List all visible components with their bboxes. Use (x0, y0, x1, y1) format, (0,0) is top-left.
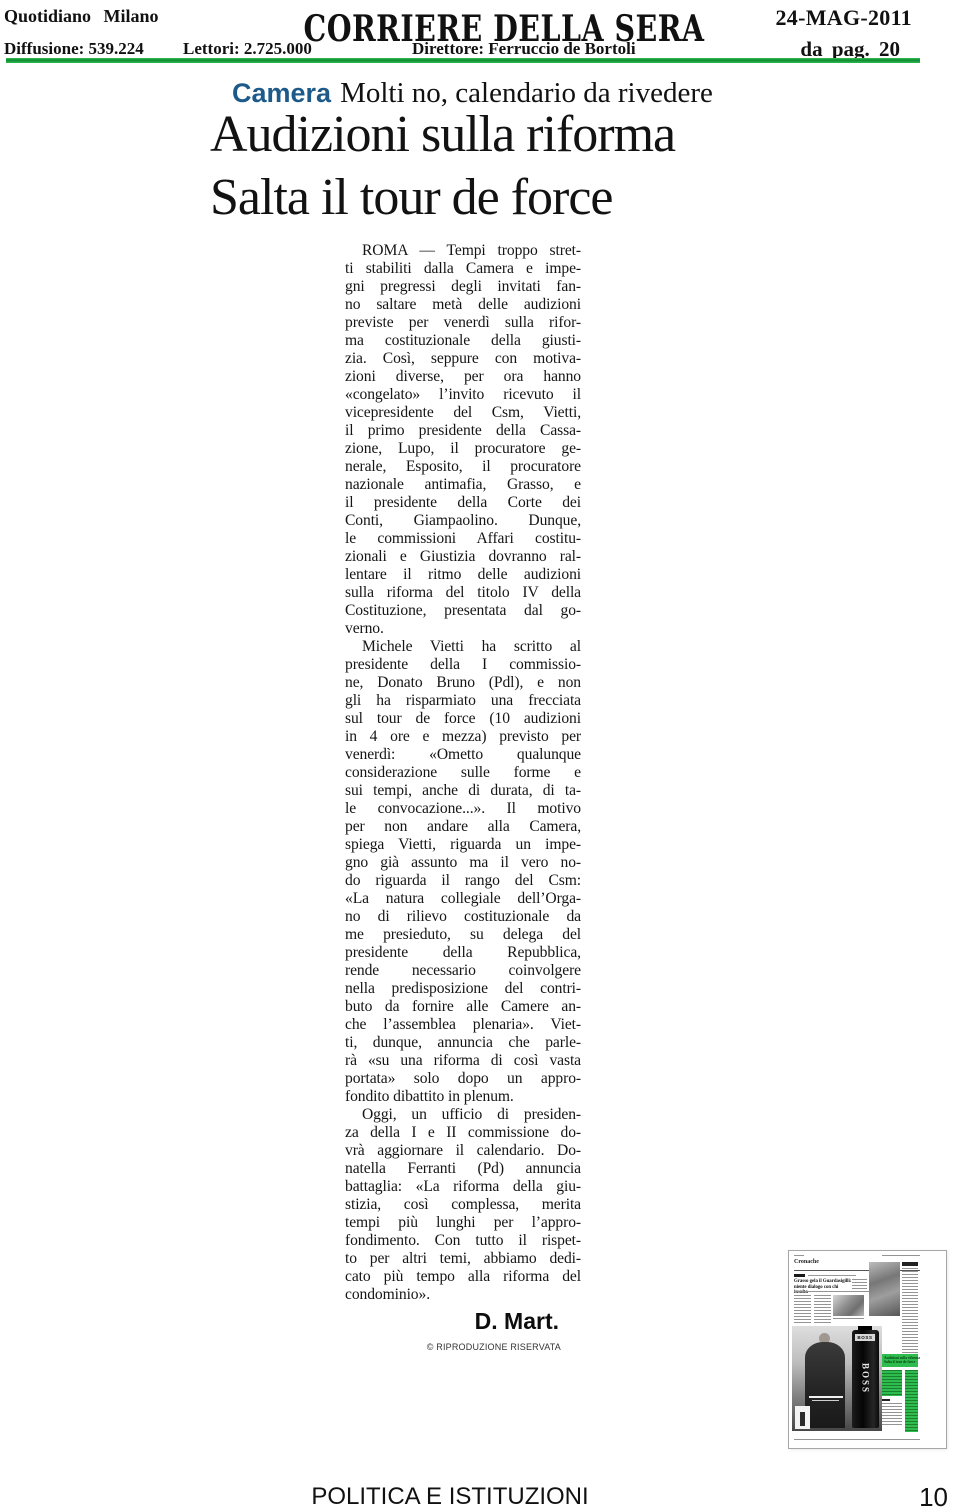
thumb-headline-line-1: Grasso gela il Guardasigilli: (794, 1279, 852, 1285)
body-line: rà «su una riforma di così vasta (345, 1052, 581, 1070)
body-line: no di rilievo costituzionale da (345, 908, 581, 926)
body-line: ti stabiliti dalla Camera e impe- (345, 260, 581, 278)
thumb-right-text-column (902, 1268, 918, 1353)
thumb-text-column (794, 1295, 811, 1324)
thumb-photo-caption (833, 1318, 864, 1321)
footer-page-number: 10 (919, 1482, 948, 1509)
body-line: portata» solo dopo un appro- (345, 1070, 581, 1088)
headline-line-2: Salta il tour de force (210, 166, 675, 229)
body-line: zia. Così, seppure con motiva- (345, 350, 581, 368)
body-line: zioni diverse, per ora hanno (345, 368, 581, 386)
body-line: vicepresidente del Csm, Vietti, (345, 404, 581, 422)
publication-type: Quotidiano (4, 6, 91, 26)
body-line: per non andare alla Camera, (345, 818, 581, 836)
body-line: previste per venerdì sulla rifor- (345, 314, 581, 332)
body-line: me presieduto, su delega del (345, 926, 581, 944)
thumb-photo-center (833, 1295, 864, 1316)
body-line: vrà aggiornare il calendario. Do- (345, 1142, 581, 1160)
body-line: to per altri temi, abbiamo dedi- (345, 1250, 581, 1268)
thumb-advertisement: BOSS BOSS (792, 1326, 882, 1431)
article-headline: Audizioni sulla riforma Salta il tour de… (210, 103, 675, 229)
body-line: spiega Vietti, riguarda un impe- (345, 836, 581, 854)
body-line: zione, Lupo, il procuratore ge- (345, 440, 581, 458)
body-line: considerazione sulle forme e (345, 764, 581, 782)
thumb-highlight-line-2: Salta il tour de force (882, 1360, 918, 1364)
thumb-text-column (814, 1295, 831, 1324)
thumb-ad-mini-bottle (795, 1406, 810, 1429)
body-line: il primo presidente della Cassa- (345, 422, 581, 440)
body-line: «La natura collegiale dell’Orga- (345, 890, 581, 908)
body-line: verno. (345, 620, 581, 638)
green-divider-rule (6, 58, 920, 63)
body-line: tempi più lunghi per l’appro- (345, 1214, 581, 1232)
body-line: rende necessario coinvolgere (345, 962, 581, 980)
body-line: «congelato» l’invito ricevuto il (345, 386, 581, 404)
body-line: lentare il ritmo delle audizioni (345, 566, 581, 584)
body-line: Conti, Giampaolino. Dunque, (345, 512, 581, 530)
thumb-highlighted-column (905, 1370, 918, 1432)
body-line: gni pregressi degli invitati fan- (345, 278, 581, 296)
body-line: nella predisposizione del contri- (345, 980, 581, 998)
body-line: ROMA — Tempi troppo stret- (345, 242, 581, 260)
body-line: nazionale antimafia, Grasso, e (345, 476, 581, 494)
thumb-section-header: Cronache (794, 1259, 819, 1265)
body-line: ma costituzionale della giusti- (345, 332, 581, 350)
lettori-stat: Lettori: 2.725.000 (183, 39, 312, 59)
body-line: che l’assemblea plenaria». Viet- (345, 1016, 581, 1034)
body-line: ti, dunque, annuncia che parle- (345, 1034, 581, 1052)
thumb-folio-left (794, 1255, 804, 1257)
body-line: ne, Donato Bruno (Pdl), e non (345, 674, 581, 692)
source-page-thumbnail[interactable]: Cronache Grasso gela il Guardasigilli: n… (788, 1250, 947, 1449)
thumb-ad-bottle: BOSS (852, 1330, 879, 1428)
body-line: sui tempi, anche di durata, di ta- (345, 782, 581, 800)
article-byline: D. Mart. (345, 1308, 581, 1335)
diffusione-stat: Diffusione: 539.224 (4, 39, 144, 59)
body-line: cato più tempo alla riforma del (345, 1268, 581, 1286)
thumb-ad-caption-line (809, 1396, 843, 1398)
thumb-ad-brand-badge: BOSS (855, 1334, 875, 1341)
body-line: fondimento. Con tutto il rispet- (345, 1232, 581, 1250)
thumb-kicker-line (808, 1275, 856, 1276)
body-line: nerale, Esposito, il procuratore (345, 458, 581, 476)
publication-city: Milano (104, 6, 159, 26)
thumb-ad-brand-vertical: BOSS (861, 1363, 871, 1394)
thumb-folio-right (882, 1255, 920, 1257)
thumb-highlighted-column (882, 1370, 902, 1396)
body-line: zionali e Giustizia dovranno ral- (345, 548, 581, 566)
body-line: buto da fornire alle Camere an- (345, 998, 581, 1016)
publication-type-city: Quotidiano Milano (4, 6, 159, 27)
headline-line-1: Audizioni sulla riforma (210, 103, 675, 166)
body-line: venerdì: «Ometto qualunque (345, 746, 581, 764)
thumb-text-column (852, 1279, 867, 1291)
thumb-kicker-chip (794, 1274, 805, 1277)
body-line: Costituzione, presentata dal go- (345, 602, 581, 620)
body-line: sulla riforma del titolo IV della (345, 584, 581, 602)
body-line: presidente della Repubblica, (345, 944, 581, 962)
body-line: natella Ferranti (Pd) annuncia (345, 1160, 581, 1178)
article-body: ROMA — Tempi troppo stret-ti stabiliti d… (345, 242, 581, 1304)
body-line: le commissioni Affari costitu- (345, 530, 581, 548)
thumb-photo-top-right (869, 1262, 900, 1316)
body-line: presidente della I commissio- (345, 656, 581, 674)
clipping-date: 24-MAG-2011 (775, 5, 912, 31)
thumb-headline: Grasso gela il Guardasigilli: niente dia… (794, 1279, 852, 1296)
body-line: gno già assunto ma il vero no- (345, 854, 581, 872)
body-line: le convocazione...». Il motivo (345, 800, 581, 818)
thumb-ad-caption-line (812, 1400, 839, 1401)
body-line: do riguarda il rango del Csm: (345, 872, 581, 890)
body-line: in 4 ore e mezza) previsto per (345, 728, 581, 746)
thumb-ad-model-suit (805, 1342, 845, 1428)
thumb-inset-text (882, 1403, 902, 1427)
body-line: za della I e II commissione do- (345, 1124, 581, 1142)
direttore-credit: Direttore: Ferruccio de Bortoli (412, 39, 636, 59)
thumb-subtitle-line (794, 1291, 870, 1293)
body-line: fondito dibattito in plenum. (345, 1088, 581, 1106)
body-line: Oggi, un ufficio di presiden- (345, 1106, 581, 1124)
body-line: stizia, così complessa, merita (345, 1196, 581, 1214)
thumb-inset-header (882, 1399, 890, 1401)
thumb-highlighted-article-title: Audizioni sulla riforma Salta il tour de… (882, 1354, 918, 1367)
body-line: gli ha risparmiato una frecciata (345, 692, 581, 710)
body-line: sul tour de force (10 audizioni (345, 710, 581, 728)
footer-section-label: POLITICA E ISTITUZIONI (250, 1483, 650, 1509)
body-line: condominio». (345, 1286, 581, 1304)
copyright-notice: © RIPRODUZIONE RISERVATA (345, 1342, 581, 1352)
thumb-right-column-header (902, 1262, 918, 1266)
body-line: battaglia: «La riforma della giu- (345, 1178, 581, 1196)
thumb-page-footer-line (794, 1439, 920, 1441)
press-clipping-page: Quotidiano Milano CORRIERE DELLA SERA 24… (0, 0, 960, 1509)
body-line: no saltare metà delle audizioni (345, 296, 581, 314)
body-line: il presidente della Corte dei (345, 494, 581, 512)
body-line: Michele Vietti ha scritto al (345, 638, 581, 656)
